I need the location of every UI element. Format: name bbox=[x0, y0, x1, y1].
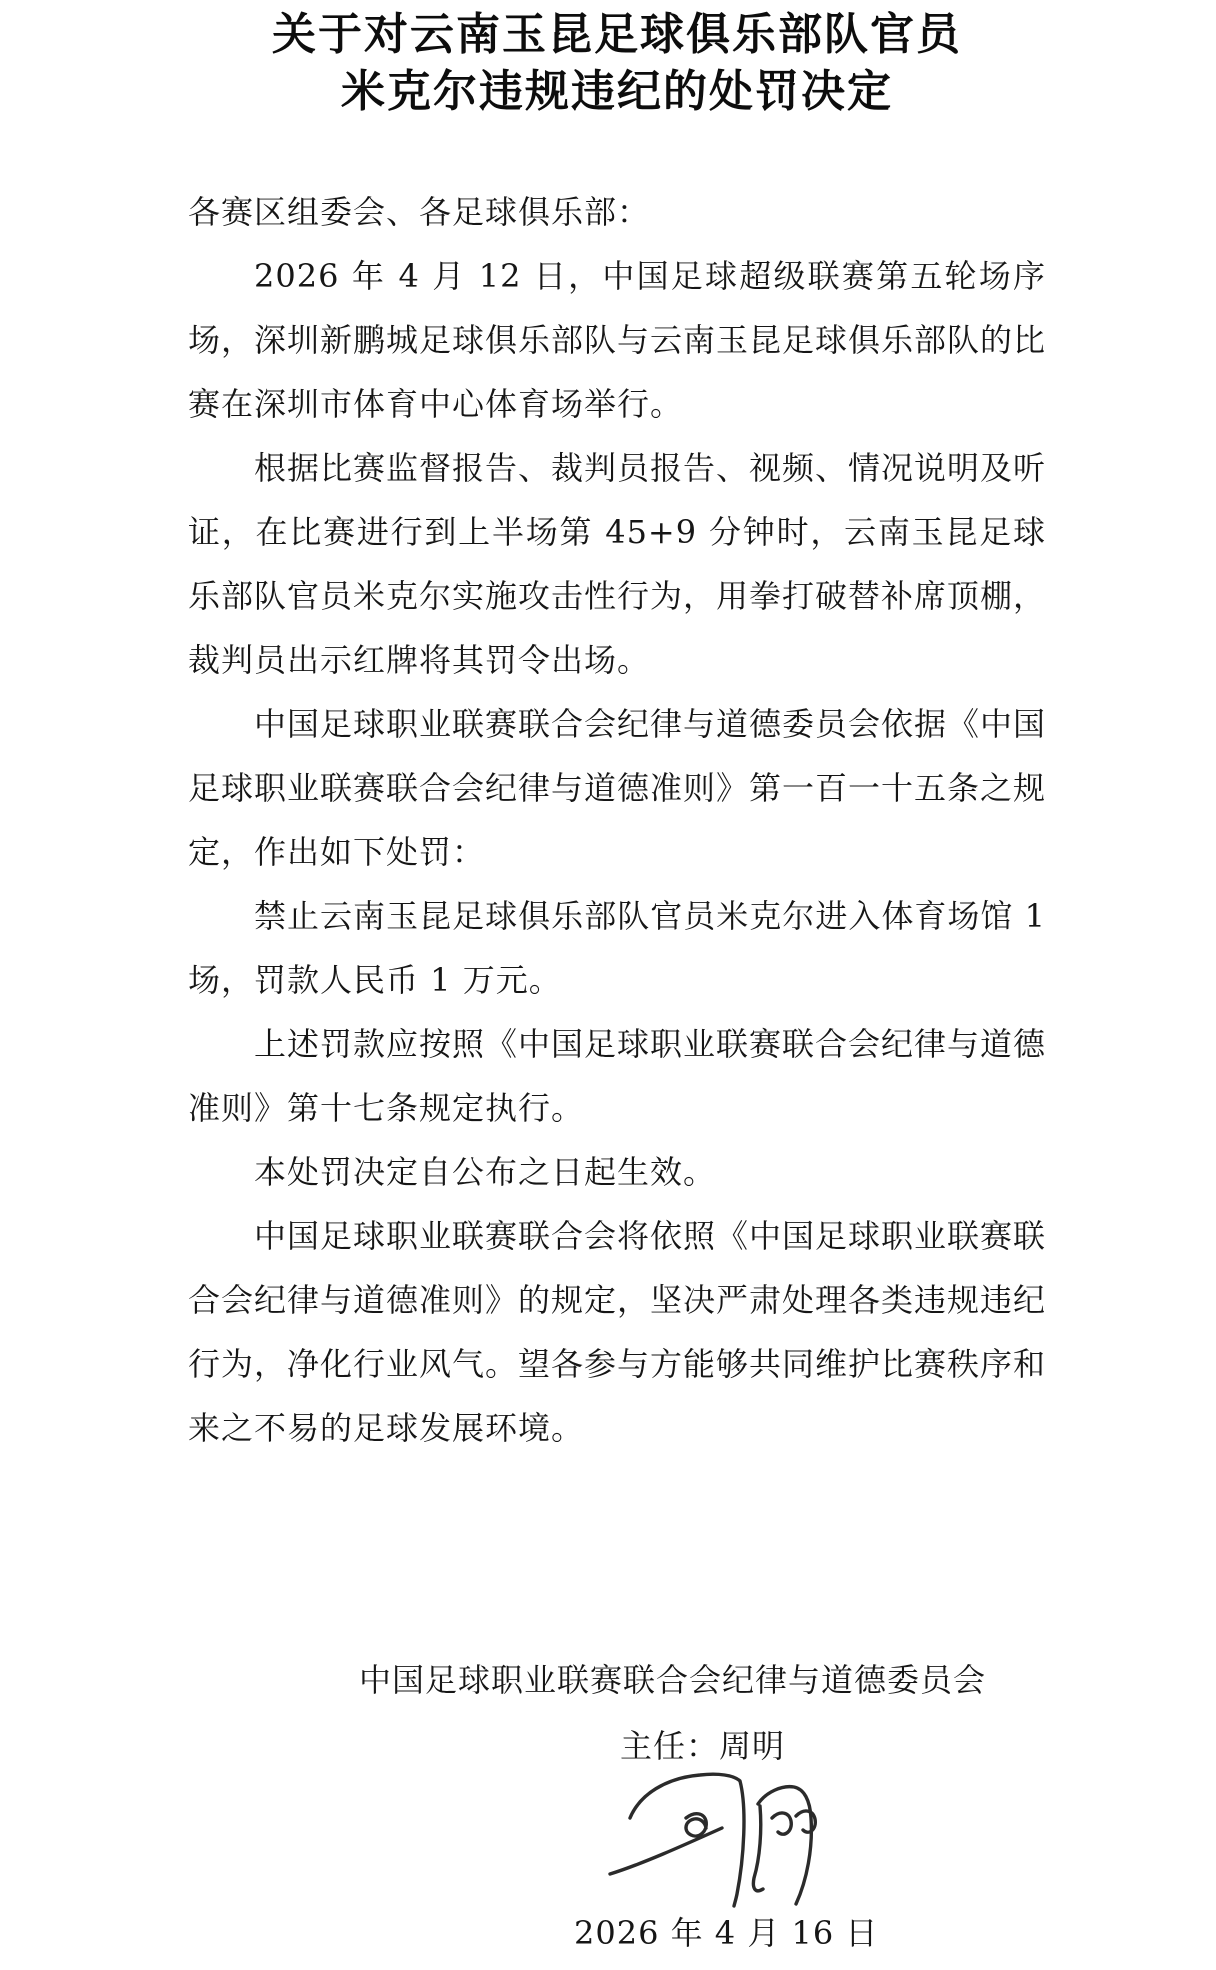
body-line: 来之不易的足球发展环境。 bbox=[188, 1396, 1046, 1460]
signature-autograph-icon bbox=[600, 1766, 865, 1916]
body-line: 本处罚决定自公布之日起生效。 bbox=[188, 1140, 1046, 1204]
signoff-director: 主任：周明 bbox=[620, 1724, 785, 1768]
document-page: 关于对云南玉昆足球俱乐部队官员 米克尔违规违纪的处罚决定 各赛区组委会、各足球俱… bbox=[0, 0, 1216, 1970]
body-line: 场，深圳新鹏城足球俱乐部队与云南玉昆足球俱乐部队的比 bbox=[188, 308, 1046, 372]
body-line: 2026 年 4 月 12 日，中国足球超级联赛第五轮场序第 40 bbox=[188, 244, 1046, 308]
body-line: 各赛区组委会、各足球俱乐部： bbox=[188, 180, 1046, 244]
title-line-1: 关于对云南玉昆足球俱乐部队官员 bbox=[188, 6, 1046, 63]
signoff-committee: 中国足球职业联赛联合会纪律与道德委员会 bbox=[359, 1658, 986, 1702]
body-line: 合会纪律与道德准则》的规定，坚决严肃处理各类违规违纪 bbox=[188, 1268, 1046, 1332]
document-title: 关于对云南玉昆足球俱乐部队官员 米克尔违规违纪的处罚决定 bbox=[188, 0, 1046, 120]
body-line: 赛在深圳市体育中心体育场举行。 bbox=[188, 372, 1046, 436]
body-line: 禁止云南玉昆足球俱乐部队官员米克尔进入体育场馆 1 bbox=[188, 884, 1046, 948]
body-line: 准则》第十七条规定执行。 bbox=[188, 1076, 1046, 1140]
body-line: 根据比赛监督报告、裁判员报告、视频、情况说明及听 bbox=[188, 436, 1046, 500]
body-line: 中国足球职业联赛联合会纪律与道德委员会依据《中国 bbox=[188, 692, 1046, 756]
body-line: 中国足球职业联赛联合会将依照《中国足球职业联赛联 bbox=[188, 1204, 1046, 1268]
body-line: 证，在比赛进行到上半场第 45+9 分钟时，云南玉昆足球俱 bbox=[188, 500, 1046, 564]
signoff-date: 2026 年 4 月 16 日 bbox=[574, 1911, 878, 1955]
body-line: 乐部队官员米克尔实施攻击性行为，用拳打破替补席顶棚， bbox=[188, 564, 1046, 628]
body-line: 裁判员出示红牌将其罚令出场。 bbox=[188, 628, 1046, 692]
document-body: 各赛区组委会、各足球俱乐部：2026 年 4 月 12 日，中国足球超级联赛第五… bbox=[188, 180, 1046, 1460]
body-line: 行为，净化行业风气。望各参与方能够共同维护比赛秩序和 bbox=[188, 1332, 1046, 1396]
body-line: 定，作出如下处罚： bbox=[188, 820, 1046, 884]
body-line: 上述罚款应按照《中国足球职业联赛联合会纪律与道德 bbox=[188, 1012, 1046, 1076]
title-line-2: 米克尔违规违纪的处罚决定 bbox=[188, 63, 1046, 120]
body-line: 足球职业联赛联合会纪律与道德准则》第一百一十五条之规 bbox=[188, 756, 1046, 820]
body-line: 场，罚款人民币 1 万元。 bbox=[188, 948, 1046, 1012]
